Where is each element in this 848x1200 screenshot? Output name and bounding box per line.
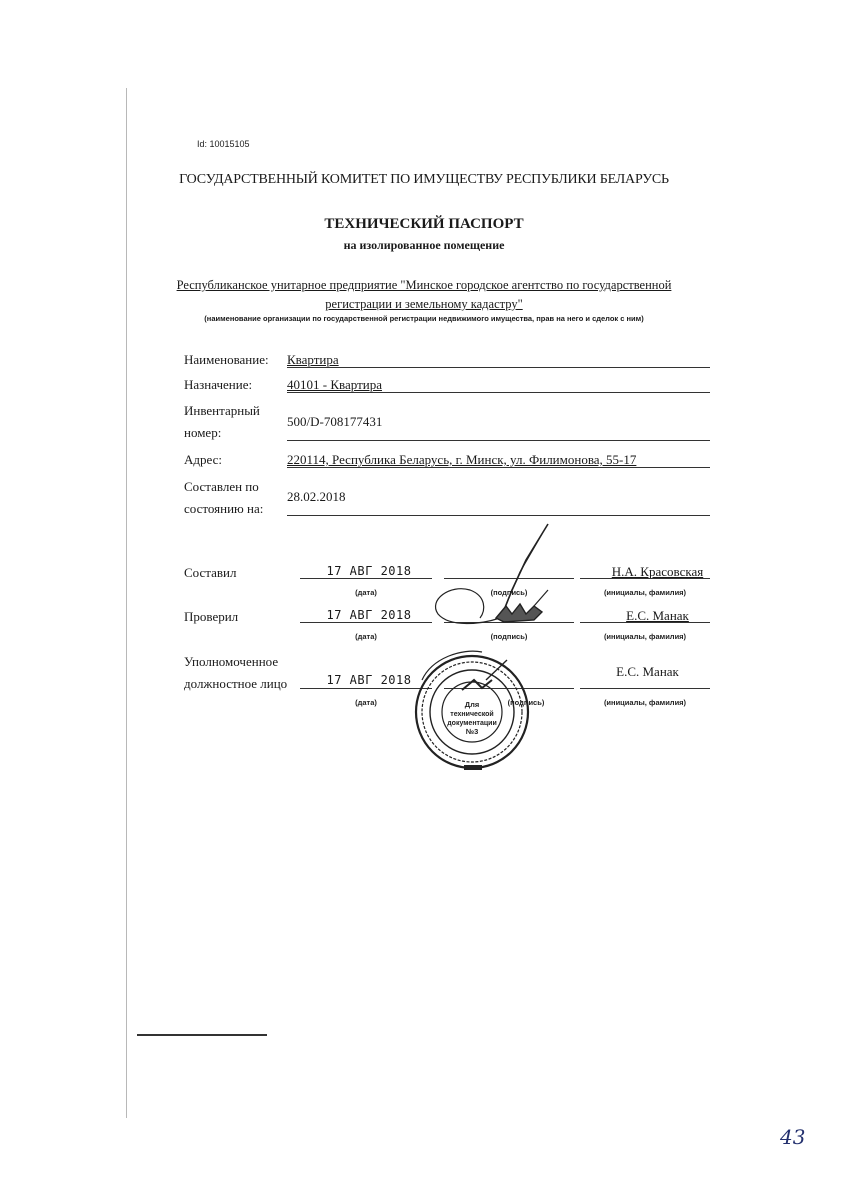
document-title: ТЕХНИЧЕСКИЙ ПАСПОРТ: [0, 216, 848, 233]
field-value-compiled-as-of: 28.02.2018: [287, 489, 346, 505]
field-underline: [287, 515, 710, 516]
stamp-text-2: технической: [450, 710, 493, 718]
date-caption: (дата): [300, 588, 432, 597]
field-value-purpose: 40101 - Квартира: [287, 377, 382, 393]
signature-date: 17 АВГ 2018: [305, 564, 433, 578]
name-caption: (инициалы, фамилия): [580, 632, 710, 641]
signature-role-compiled: Составил: [184, 562, 236, 584]
document-id: Id: 10015105: [197, 139, 250, 149]
field-label-name: Наименование:: [184, 349, 269, 371]
stamp-text-1: Для: [465, 700, 479, 709]
signature-role-checked: Проверил: [184, 606, 238, 628]
field-label-inventory-number: Инвентарный номер:: [184, 400, 260, 444]
signer-name: Е.С. Манак: [580, 664, 715, 680]
signature-role-authorized-official: Уполномоченное должностное лицо: [184, 651, 287, 695]
organization-name: Республиканское унитарное предприятие "М…: [0, 276, 848, 314]
date-line: [300, 622, 432, 623]
field-underline: [287, 440, 710, 441]
handwritten-signature: [430, 520, 560, 630]
role-line-1: Уполномоченное: [184, 654, 278, 669]
field-underline: [287, 467, 710, 468]
field-underline: [287, 392, 710, 393]
signature-caption: (подпись): [444, 632, 574, 641]
bottom-rule: [137, 1034, 267, 1036]
organization-line-1: Республиканское унитарное предприятие "М…: [177, 278, 672, 292]
field-value-address: 220114, Республика Беларусь, г. Минск, у…: [287, 452, 636, 468]
handwritten-page-number: 43: [780, 1125, 805, 1149]
field-label-purpose: Назначение:: [184, 374, 252, 396]
field-label-line-1: Инвентарный: [184, 403, 260, 418]
field-value-name: Квартира: [287, 352, 339, 368]
field-label-line-1: Составлен по: [184, 479, 259, 494]
field-label-line-2: состоянию на:: [184, 501, 263, 516]
field-value-inventory-number: 500/D-708177431: [287, 414, 382, 430]
signature-date: 17 АВГ 2018: [305, 608, 433, 622]
official-stamp: Для технической документации №3: [412, 650, 532, 780]
name-line: [580, 688, 710, 689]
name-caption: (инициалы, фамилия): [580, 588, 710, 597]
field-label-line-2: номер:: [184, 425, 221, 440]
field-label-address: Адрес:: [184, 449, 222, 471]
date-line: [300, 578, 432, 579]
name-line: [580, 622, 710, 623]
field-underline: [287, 367, 710, 368]
role-line-2: должностное лицо: [184, 676, 287, 691]
name-caption: (инициалы, фамилия): [580, 698, 710, 707]
document-subtitle: на изолированное помещение: [0, 238, 848, 253]
field-label-compiled-as-of: Составлен по состоянию на:: [184, 476, 263, 520]
date-caption: (дата): [300, 632, 432, 641]
stamp-text-4: №3: [466, 727, 479, 736]
organization-line-2: регистрации и земельному кадастру": [325, 297, 522, 311]
stamp-text-3: документации: [447, 720, 497, 727]
committee-heading: ГОСУДАРСТВЕННЫЙ КОМИТЕТ ПО ИМУЩЕСТВУ РЕС…: [0, 172, 848, 188]
name-line: [580, 578, 710, 579]
organization-caption: (наименование организации по государстве…: [0, 314, 848, 323]
